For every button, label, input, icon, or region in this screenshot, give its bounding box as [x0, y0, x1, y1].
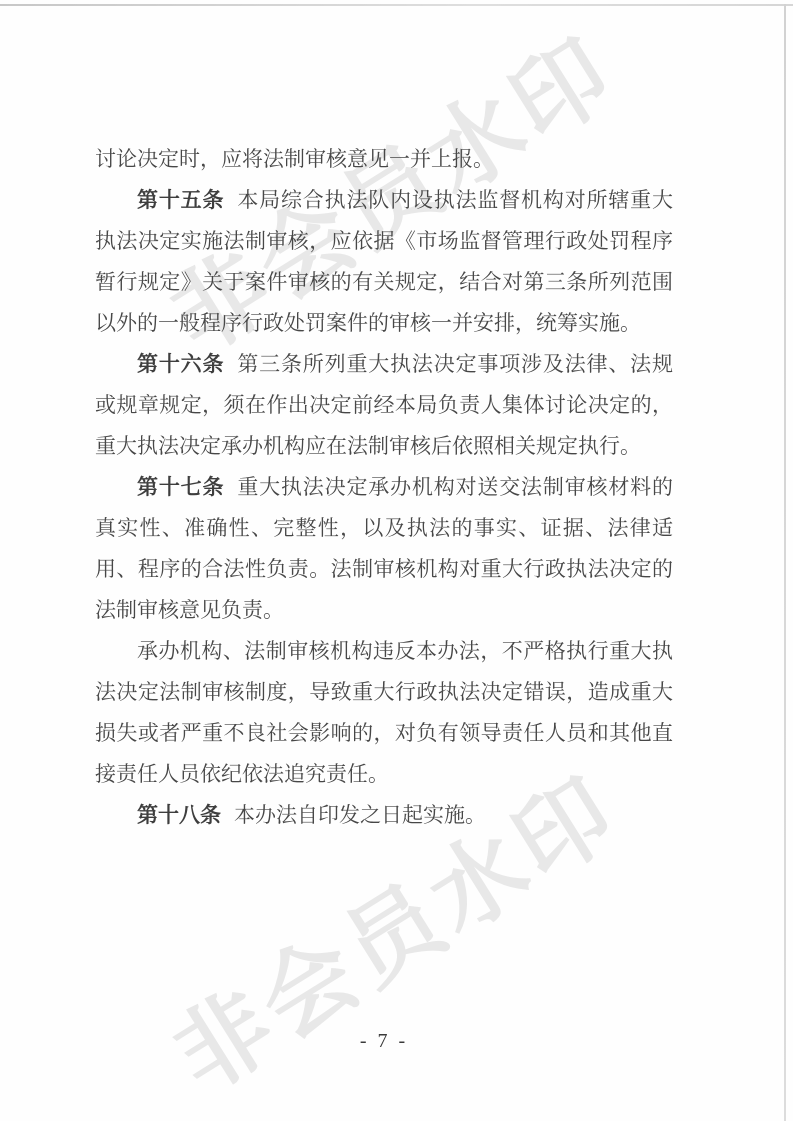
page-edge-top: [0, 4, 793, 6]
paragraph-article-17: 第十七条重大执法决定承办机构对送交法制审核材料的真实性、准确性、完整性，以及执法…: [95, 467, 673, 631]
paragraph-article-15: 第十五条本局综合执法队内设执法监督机构对所辖重大执法决定实施法制审核，应依据《市…: [95, 180, 673, 344]
paragraph-text: 讨论决定时，应将法制审核意见一并上报。: [95, 147, 494, 171]
page-edge-right: [784, 4, 786, 1121]
paragraph-text: 承办机构、法制审核机构违反本办法，不严格执行重大执法决定法制审核制度，导致重大行…: [95, 639, 673, 786]
article-number-15: 第十五条: [137, 189, 224, 212]
paragraph-text: 本办法自印发之日起实施。: [234, 803, 486, 827]
article-number-16: 第十六条: [137, 353, 224, 376]
paragraph-liability: 承办机构、法制审核机构违反本办法，不严格执行重大执法决定法制审核制度，导致重大行…: [95, 631, 673, 795]
page-footer: - 7 -: [95, 1030, 673, 1053]
page-number: - 7 -: [360, 1030, 408, 1052]
article-number-18: 第十八条: [137, 804, 221, 827]
article-number-17: 第十七条: [137, 476, 224, 499]
document-page: 非会员水印 非会员水印 讨论决定时，应将法制审核意见一并上报。 第十五条本局综合…: [0, 0, 793, 1121]
paragraph-continuation: 讨论决定时，应将法制审核意见一并上报。: [95, 139, 673, 180]
paragraph-article-18: 第十八条本办法自印发之日起实施。: [95, 795, 673, 836]
document-body: 讨论决定时，应将法制审核意见一并上报。 第十五条本局综合执法队内设执法监督机构对…: [95, 139, 673, 836]
paragraph-article-16: 第十六条第三条所列重大执法决定事项涉及法律、法规或规章规定，须在作出决定前经本局…: [95, 344, 673, 467]
